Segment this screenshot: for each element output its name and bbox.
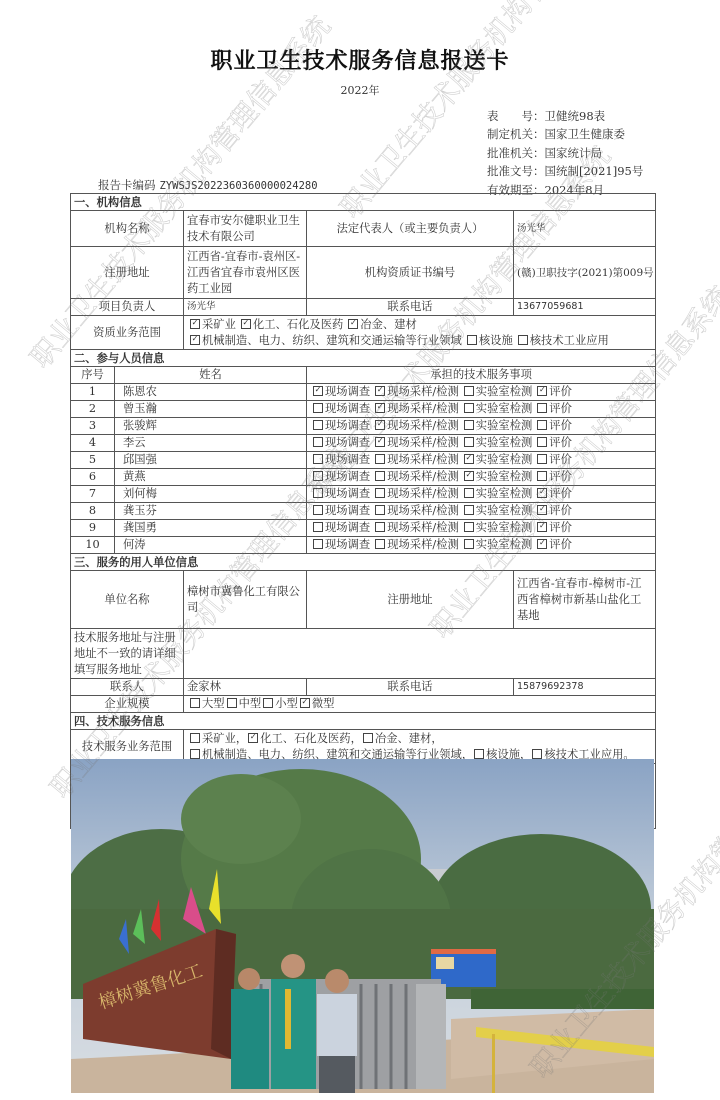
- col-items-header: 承担的技术服务事项: [307, 367, 656, 384]
- staff-name: 黄燕: [115, 469, 307, 486]
- staff-no: 5: [71, 452, 115, 469]
- unit-name: 樟树市冀鲁化工有限公司: [184, 571, 307, 629]
- service-item-checkbox: 实验室检测: [464, 520, 533, 536]
- staff-no: 2: [71, 401, 115, 418]
- service-address-label: 技术服务地址与注册地址不一致的请详细填写服务地址: [71, 629, 184, 679]
- scale-label: 企业规模: [71, 696, 184, 713]
- service-item-checkbox: 实验室检测: [464, 486, 533, 502]
- unchecked-box-icon: [537, 471, 547, 481]
- service-item-checkbox: 实验室检测: [464, 401, 533, 417]
- legal-rep-label: 法定代表人（或主要负责人）: [307, 211, 514, 247]
- checkbox-option: 中型: [227, 696, 262, 712]
- unchecked-box-icon: [464, 420, 474, 430]
- unchecked-box-icon: [375, 471, 385, 481]
- staff-service-items: 现场调查现场采样/检测实验室检测评价: [307, 384, 656, 401]
- service-address: [184, 629, 656, 679]
- report-code: 报告卡编码ZYWSJS2022360360000024280: [98, 177, 318, 193]
- checkbox-option: 微型: [300, 696, 335, 712]
- service-item-checkbox: 实验室检测: [464, 435, 533, 451]
- checked-box-icon: [313, 386, 323, 396]
- staff-name: 何涛: [115, 537, 307, 554]
- service-item-checkbox: 现场调查: [313, 384, 370, 400]
- staff-service-items: 现场调查现场采样/检测实验室检测评价: [307, 486, 656, 503]
- contact-label: 联系人: [71, 679, 184, 696]
- cert-number: (赣)卫职技字(2021)第009号: [514, 247, 656, 299]
- service-item-checkbox: 现场调查: [313, 401, 370, 417]
- checked-box-icon: [464, 471, 474, 481]
- unchecked-box-icon: [467, 335, 477, 345]
- unchecked-box-icon: [190, 733, 200, 743]
- service-item-checkbox: 现场采样/检测: [375, 401, 459, 417]
- checked-box-icon: [300, 698, 310, 708]
- unchecked-box-icon: [313, 505, 323, 515]
- checkbox-option: 采矿业，: [190, 731, 247, 747]
- unchecked-box-icon: [313, 437, 323, 447]
- checkbox-option: 核设施: [467, 333, 513, 349]
- service-item-checkbox: 评价: [537, 418, 572, 434]
- unchecked-box-icon: [537, 437, 547, 447]
- org-address: 江西省-宜春市-袁州区-江西省宜春市袁州区医药工业园: [184, 247, 307, 299]
- unchecked-box-icon: [313, 454, 323, 464]
- staff-service-items: 现场调查现场采样/检测实验室检测评价: [307, 418, 656, 435]
- unchecked-box-icon: [464, 505, 474, 515]
- checkbox-option: 大型: [190, 696, 225, 712]
- service-item-checkbox: 评价: [537, 435, 572, 451]
- unchecked-box-icon: [518, 335, 528, 345]
- staff-row: 6黄燕现场调查现场采样/检测实验室检测评价: [71, 469, 656, 486]
- staff-name: 龚国勇: [115, 520, 307, 537]
- staff-service-items: 现场调查现场采样/检测实验室检测评价: [307, 435, 656, 452]
- service-item-checkbox: 现场采样/检测: [375, 537, 459, 553]
- meta-approval-doc: 批准文号：国统制[2021]95号: [487, 162, 643, 180]
- checkbox-option: 冶金、建材: [348, 317, 417, 333]
- service-item-checkbox: 实验室检测: [464, 537, 533, 553]
- checkbox-option: 核技术工业应用: [518, 333, 609, 349]
- service-item-checkbox: 现场调查: [313, 435, 370, 451]
- service-item-checkbox: 评价: [537, 537, 572, 553]
- checkbox-option: 化工、石化及医药，: [248, 731, 362, 747]
- checked-box-icon: [537, 488, 547, 498]
- service-item-checkbox: 实验室检测: [464, 469, 533, 485]
- unchecked-box-icon: [537, 403, 547, 413]
- staff-service-items: 现场调查现场采样/检测实验室检测评价: [307, 401, 656, 418]
- staff-no: 7: [71, 486, 115, 503]
- checked-box-icon: [375, 437, 385, 447]
- checked-box-icon: [375, 420, 385, 430]
- service-item-checkbox: 现场调查: [313, 469, 370, 485]
- form-meta: 表 号：卫健统98表 制定机关：国家卫生健康委 批准机关：国家统计局 批准文号：…: [487, 107, 643, 199]
- section4-title: 四、技术服务信息: [71, 713, 656, 730]
- staff-name: 陈恩农: [115, 384, 307, 401]
- project-lead: 汤光华: [184, 299, 307, 316]
- service-item-checkbox: 评价: [537, 486, 572, 502]
- unchecked-box-icon: [464, 403, 474, 413]
- service-item-checkbox: 现场调查: [313, 537, 370, 553]
- staff-service-items: 现场调查现场采样/检测实验室检测评价: [307, 520, 656, 537]
- unchecked-box-icon: [474, 749, 484, 759]
- unchecked-box-icon: [464, 522, 474, 532]
- report-year: 2022年: [0, 82, 720, 98]
- report-code-value: ZYWSJS2022360360000024280: [160, 180, 318, 192]
- service-item-checkbox: 现场调查: [313, 418, 370, 434]
- staff-name: 张骏辉: [115, 418, 307, 435]
- col-name-header: 姓名: [115, 367, 307, 384]
- unchecked-box-icon: [464, 386, 474, 396]
- service-item-checkbox: 现场采样/检测: [375, 452, 459, 468]
- checked-box-icon: [241, 319, 251, 329]
- staff-no: 1: [71, 384, 115, 401]
- contact-name: 金家林: [184, 679, 307, 696]
- staff-row: 10何涛现场调查现场采样/检测实验室检测评价: [71, 537, 656, 554]
- service-item-checkbox: 评价: [537, 384, 572, 400]
- unchecked-box-icon: [190, 698, 200, 708]
- service-item-checkbox: 现场调查: [313, 520, 370, 536]
- unit-name-label: 单位名称: [71, 571, 184, 629]
- checked-box-icon: [537, 522, 547, 532]
- unchecked-box-icon: [313, 420, 323, 430]
- qual-scope: 采矿业化工、石化及医药冶金、建材机械制造、电力、纺织、建筑和交通运输等行业领域核…: [184, 316, 656, 350]
- unit-address: 江西省-宜春市-樟树市-江西省樟树市新基山盐化工基地: [514, 571, 656, 629]
- site-photo: 樟树冀鲁化工: [71, 759, 654, 1093]
- col-no-header: 序号: [71, 367, 115, 384]
- staff-no: 9: [71, 520, 115, 537]
- unchecked-box-icon: [263, 698, 273, 708]
- checkbox-option: 小型: [263, 696, 298, 712]
- service-item-checkbox: 现场采样/检测: [375, 469, 459, 485]
- unchecked-box-icon: [227, 698, 237, 708]
- unchecked-box-icon: [375, 454, 385, 464]
- checked-box-icon: [248, 733, 258, 743]
- unchecked-box-icon: [375, 488, 385, 498]
- enterprise-scale: 大型中型小型微型: [184, 696, 656, 713]
- service-item-checkbox: 实验室检测: [464, 503, 533, 519]
- service-item-checkbox: 现场采样/检测: [375, 503, 459, 519]
- unchecked-box-icon: [313, 471, 323, 481]
- checkbox-option: 冶金、建材，: [363, 731, 443, 747]
- meta-form-number: 表 号：卫健统98表: [487, 107, 643, 125]
- section2-title: 二、参与人员信息: [71, 350, 656, 367]
- service-item-checkbox: 现场采样/检测: [375, 520, 459, 536]
- service-item-checkbox: 现场采样/检测: [375, 486, 459, 502]
- legal-rep: 汤光华: [514, 211, 656, 247]
- staff-row: 8龚玉芬现场调查现场采样/检测实验室检测评价: [71, 503, 656, 520]
- staff-row: 1陈恩农现场调查现场采样/检测实验室检测评价: [71, 384, 656, 401]
- staff-row: 4李云现场调查现场采样/检测实验室检测评价: [71, 435, 656, 452]
- info-form: 一、机构信息 机构名称 宜春市安尔健职业卫生技术有限公司 法定代表人（或主要负责…: [70, 193, 656, 829]
- unchecked-box-icon: [363, 733, 373, 743]
- unchecked-box-icon: [313, 522, 323, 532]
- checked-box-icon: [375, 386, 385, 396]
- checked-box-icon: [375, 403, 385, 413]
- meta-approver: 批准机关：国家统计局: [487, 144, 643, 162]
- org-phone-label: 联系电话: [307, 299, 514, 316]
- staff-service-items: 现场调查现场采样/检测实验室检测评价: [307, 452, 656, 469]
- section3-title: 三、服务的用人单位信息: [71, 554, 656, 571]
- unit-phone: 15879692378: [514, 679, 656, 696]
- service-item-checkbox: 现场调查: [313, 503, 370, 519]
- staff-row: 5邱国强现场调查现场采样/检测实验室检测评价: [71, 452, 656, 469]
- staff-row: 7刘何梅现场调查现场采样/检测实验室检测评价: [71, 486, 656, 503]
- meta-issuer: 制定机关：国家卫生健康委: [487, 125, 643, 143]
- service-item-checkbox: 评价: [537, 401, 572, 417]
- staff-row: 9龚国勇现场调查现场采样/检测实验室检测评价: [71, 520, 656, 537]
- staff-name: 李云: [115, 435, 307, 452]
- page-title: 职业卫生技术服务信息报送卡: [0, 44, 720, 75]
- service-item-checkbox: 现场采样/检测: [375, 418, 459, 434]
- checked-box-icon: [537, 386, 547, 396]
- staff-no: 3: [71, 418, 115, 435]
- unchecked-box-icon: [313, 539, 323, 549]
- unchecked-box-icon: [375, 539, 385, 549]
- staff-row: 2曾玉瀚现场调查现场采样/检测实验室检测评价: [71, 401, 656, 418]
- unchecked-box-icon: [464, 437, 474, 447]
- unit-phone-label: 联系电话: [307, 679, 514, 696]
- site-photo-image: 樟树冀鲁化工: [71, 759, 654, 1093]
- unchecked-box-icon: [537, 420, 547, 430]
- unchecked-box-icon: [464, 539, 474, 549]
- staff-row: 3张骏辉现场调查现场采样/检测实验室检测评价: [71, 418, 656, 435]
- checkbox-option: 化工、石化及医药: [241, 317, 343, 333]
- staff-no: 8: [71, 503, 115, 520]
- org-address-label: 注册地址: [71, 247, 184, 299]
- checked-box-icon: [190, 335, 200, 345]
- staff-service-items: 现场调查现场采样/检测实验室检测评价: [307, 469, 656, 486]
- staff-service-items: 现场调查现场采样/检测实验室检测评价: [307, 537, 656, 554]
- project-lead-label: 项目负责人: [71, 299, 184, 316]
- service-item-checkbox: 实验室检测: [464, 384, 533, 400]
- service-item-checkbox: 现场调查: [313, 452, 370, 468]
- org-name: 宜春市安尔健职业卫生技术有限公司: [184, 211, 307, 247]
- staff-no: 4: [71, 435, 115, 452]
- unchecked-box-icon: [313, 403, 323, 413]
- staff-name: 刘何梅: [115, 486, 307, 503]
- checkbox-option: 机械制造、电力、纺织、建筑和交通运输等行业领域: [190, 333, 462, 349]
- staff-name: 邱国强: [115, 452, 307, 469]
- checked-box-icon: [464, 454, 474, 464]
- staff-no: 10: [71, 537, 115, 554]
- unchecked-box-icon: [464, 488, 474, 498]
- staff-no: 6: [71, 469, 115, 486]
- service-item-checkbox: 现场采样/检测: [375, 384, 459, 400]
- unchecked-box-icon: [532, 749, 542, 759]
- unit-address-label: 注册地址: [307, 571, 514, 629]
- staff-name: 曾玉瀚: [115, 401, 307, 418]
- service-item-checkbox: 评价: [537, 503, 572, 519]
- service-item-checkbox: 现场调查: [313, 486, 370, 502]
- service-item-checkbox: 实验室检测: [464, 418, 533, 434]
- staff-service-items: 现场调查现场采样/检测实验室检测评价: [307, 503, 656, 520]
- unchecked-box-icon: [375, 522, 385, 532]
- checked-box-icon: [537, 505, 547, 515]
- service-item-checkbox: 评价: [537, 469, 572, 485]
- service-item-checkbox: 评价: [537, 520, 572, 536]
- report-code-label: 报告卡编码: [98, 178, 156, 192]
- unchecked-box-icon: [313, 488, 323, 498]
- cert-label: 机构资质证书编号: [307, 247, 514, 299]
- checked-box-icon: [348, 319, 358, 329]
- org-name-label: 机构名称: [71, 211, 184, 247]
- staff-name: 龚玉芬: [115, 503, 307, 520]
- unchecked-box-icon: [190, 749, 200, 759]
- checked-box-icon: [537, 539, 547, 549]
- service-item-checkbox: 现场采样/检测: [375, 435, 459, 451]
- checkbox-option: 采矿业: [190, 317, 236, 333]
- unchecked-box-icon: [537, 454, 547, 464]
- qual-scope-label: 资质业务范围: [71, 316, 184, 350]
- checked-box-icon: [190, 319, 200, 329]
- unchecked-box-icon: [375, 505, 385, 515]
- service-item-checkbox: 实验室检测: [464, 452, 533, 468]
- org-phone: 13677059681: [514, 299, 656, 316]
- section1-title: 一、机构信息: [71, 194, 656, 211]
- service-item-checkbox: 评价: [537, 452, 572, 468]
